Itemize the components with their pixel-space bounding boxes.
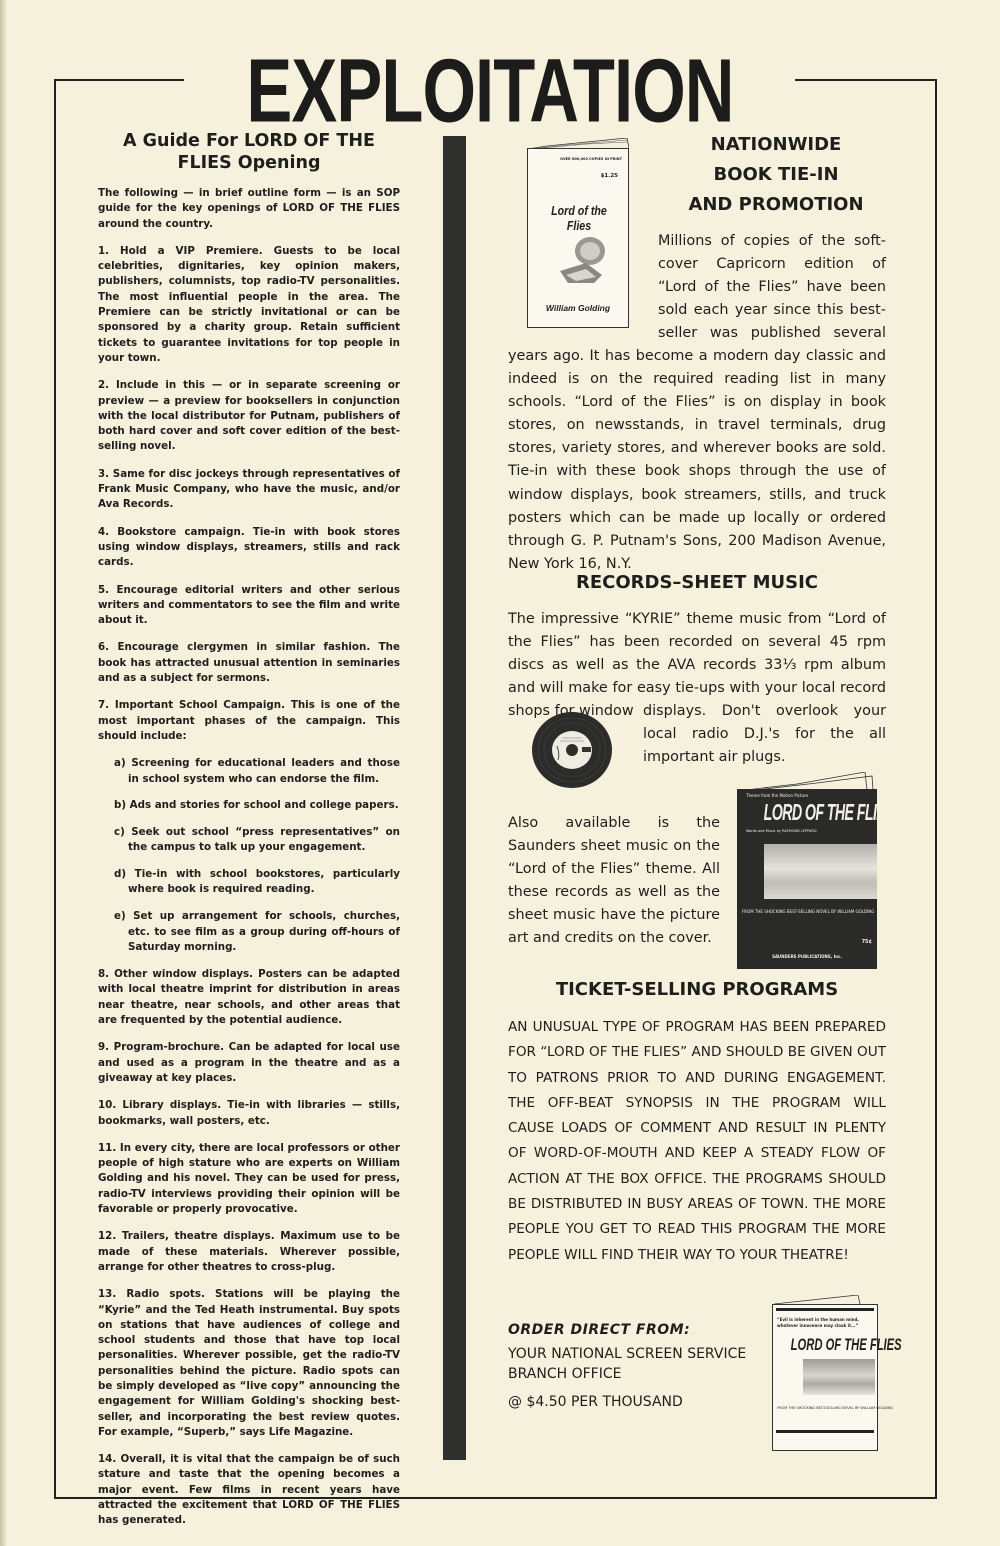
sheet-music-text: Also available is the Saunders sheet mus…	[508, 812, 720, 951]
guide-item: 2. Include in this — or in separate scre…	[98, 378, 400, 454]
guide-subitem: b) Ads and stories for school and colleg…	[98, 798, 400, 813]
heading-line: NATIONWIDE	[656, 130, 896, 160]
vinyl-record-icon	[522, 710, 622, 790]
guide-subitem: a) Screening for educational leaders and…	[98, 756, 400, 787]
book-cover: OVER 600,000 COPIES IN PRINT $1.25 Lord …	[527, 148, 629, 328]
guide-item: 13. Radio spots. Stations will be playin…	[98, 1287, 400, 1440]
sheet-price: 75¢	[862, 939, 872, 945]
book-cover-image: OVER 600,000 COPIES IN PRINT $1.25 Lord …	[527, 138, 629, 328]
sheet-title: LORD OF THE FLIES	[764, 799, 851, 826]
book-art-icon	[556, 231, 612, 287]
book-author: William Golding	[528, 303, 628, 313]
body-line: “Lord of the Flies” have been	[658, 276, 886, 299]
body-line: seller was published several	[658, 322, 886, 345]
program-quote: “Evil is inherent in the human mind, wha…	[777, 1317, 875, 1329]
guide-item: 7. Important School Campaign. This is on…	[98, 698, 400, 744]
frame-line	[795, 79, 937, 81]
eyes-photo	[764, 844, 877, 899]
guide-item: 14. Overall, it is vital that the campai…	[98, 1452, 400, 1528]
program-cover-image: “Evil is inherent in the human mind, wha…	[772, 1295, 878, 1455]
body-line: cover Capricorn edition of	[658, 253, 886, 276]
book-tagline: OVER 600,000 COPIES IN PRINT	[560, 157, 622, 161]
guide-item: 3. Same for disc jockeys through represe…	[98, 467, 400, 513]
order-block: ORDER DIRECT FROM: YOUR NATIONAL SCREEN …	[508, 1322, 768, 1412]
book-price: $1.25	[601, 173, 618, 179]
sheet-publisher: SAUNDERS PUBLICATIONS, Inc.	[737, 954, 877, 959]
book-section-body-wrapped: Millions of copies of the soft- cover Ca…	[658, 230, 886, 345]
guide-intro: The following — in brief outline form — …	[98, 186, 400, 232]
price-line: @ $4.50 PER THOUSAND	[508, 1392, 768, 1412]
ticket-heading: TICKET-SELLING PROGRAMS	[508, 975, 886, 1005]
ticket-body: AN UNUSUAL TYPE OF PROGRAM HAS BEEN PREP…	[508, 1015, 886, 1268]
order-line: YOUR NATIONAL SCREEN SERVICE	[508, 1344, 768, 1364]
heading-line: AND PROMOTION	[656, 190, 896, 220]
guide-item: 11. In every city, there are local profe…	[98, 1141, 400, 1217]
sheet-from-line: FROM THE SHOCKING BEST-SELLING NOVEL BY …	[742, 909, 874, 914]
frame-line	[54, 79, 184, 81]
book-section-body: years ago. It has become a modern day cl…	[508, 345, 886, 576]
guide-item: 6. Encourage clergymen in similar fashio…	[98, 640, 400, 686]
program-from-line: FROM THE SHOCKING BEST-SELLING NOVEL BY …	[777, 1406, 893, 1410]
guide-item: 5. Encourage editorial writers and other…	[98, 583, 400, 629]
school-campaign-list: a) Screening for educational leaders and…	[98, 756, 400, 955]
heading-line: BOOK TIE-IN	[656, 160, 896, 190]
guide-subitem: d) Tie-in with school bookstores, partic…	[98, 867, 400, 898]
sheet-music-cover: Theme from the Motion Picture LORD OF TH…	[737, 789, 877, 969]
records-heading: RECORDS–SHEET MUSIC	[508, 568, 886, 598]
program-cover: “Evil is inherent in the human mind, wha…	[772, 1304, 878, 1451]
records-body-indented: displays. Don't overlook your local radi…	[643, 700, 886, 769]
guide-item: 10. Library displays. Tie-in with librar…	[98, 1098, 400, 1129]
column-divider	[443, 136, 466, 1460]
guide-subitem: c) Seek out school “press representative…	[98, 825, 400, 856]
frame-line	[54, 79, 56, 1499]
program-rule	[776, 1430, 874, 1433]
eyes-photo	[803, 1359, 875, 1395]
book-title: Lord of the Flies	[540, 203, 619, 233]
guide-heading: A Guide For LORD OF THE FLIES Opening	[98, 130, 400, 174]
frame-line	[935, 79, 937, 1499]
guide-item: 4. Bookstore campaign. Tie-in with book …	[98, 525, 400, 571]
book-section-heading: NATIONWIDE BOOK TIE-IN AND PROMOTION	[656, 130, 896, 220]
page-edge	[0, 0, 6, 1546]
guide-item: 12. Trailers, theatre displays. Maximum …	[98, 1229, 400, 1275]
sheet-top-line: Theme from the Motion Picture	[746, 793, 808, 798]
guide-subitem: e) Set up arrangement for schools, churc…	[98, 909, 400, 955]
guide-item: 8. Other window displays. Posters can be…	[98, 967, 400, 1028]
program-title: LORD OF THE FLIES	[791, 1335, 860, 1355]
guide-item: 1. Hold a VIP Premiere. Guests to be loc…	[98, 244, 400, 366]
guide-item: 9. Program-brochure. Can be adapted for …	[98, 1040, 400, 1086]
sheet-credit: Words and Music by RAYMOND LEPPARD	[746, 829, 817, 833]
guide-column: A Guide For LORD OF THE FLIES Opening Th…	[98, 130, 400, 1541]
sheet-music-image: Theme from the Motion Picture LORD OF TH…	[737, 772, 877, 970]
body-line: Millions of copies of the soft-	[658, 230, 886, 253]
body-line: sold each year since this best-	[658, 299, 886, 322]
order-heading: ORDER DIRECT FROM:	[508, 1322, 768, 1338]
program-rule	[776, 1308, 874, 1311]
order-line: BRANCH OFFICE	[508, 1364, 768, 1384]
